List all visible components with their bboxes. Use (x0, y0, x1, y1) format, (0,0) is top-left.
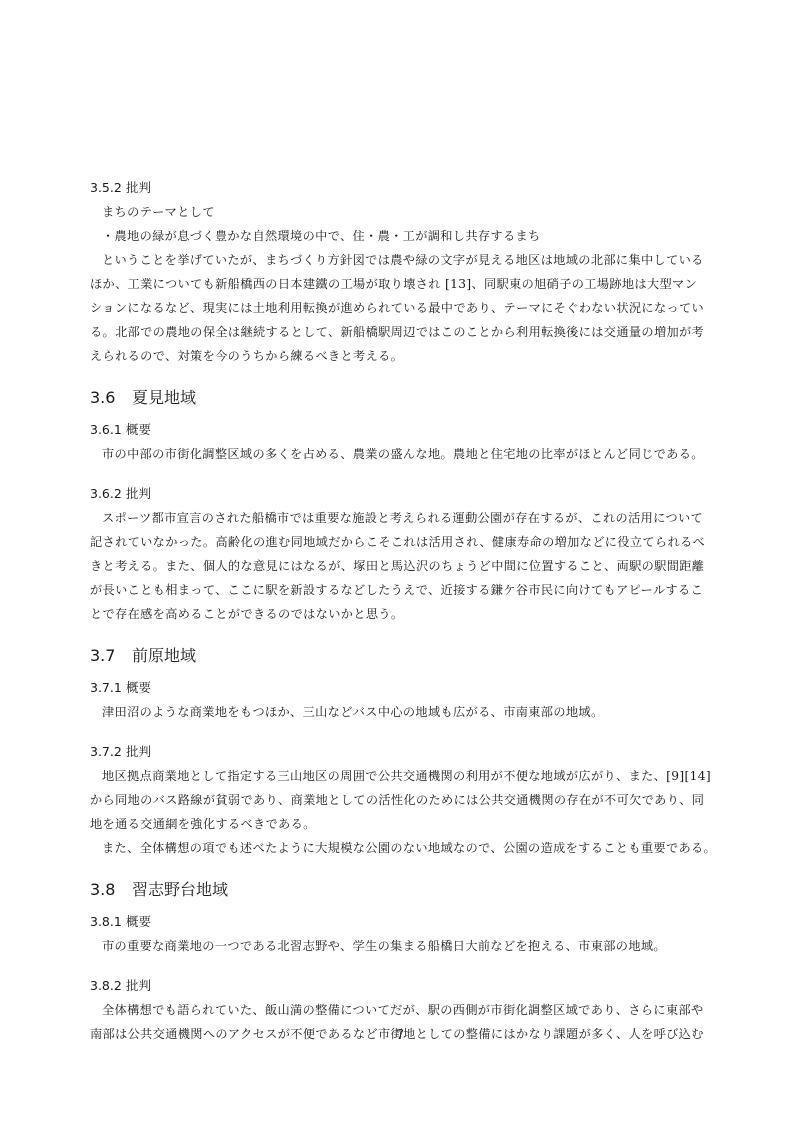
text-line: また、全体構想の項でも述べたように大規模な公園のない地域なので、公園の造成をする… (90, 836, 706, 860)
text-line: きと考える。また、個人的な意見にはなるが、塚田と馬込沢のちょうど中間に位置するこ… (90, 554, 706, 578)
text-line: ということを挙げていたが、まちづくり方針図では農や緑の文字が見える地区は地域の北… (90, 248, 706, 272)
text-line: 全体構想でも語られていた、飯山満の整備についてだが、駅の西側が市街化調整区域であ… (90, 998, 706, 1022)
text-line: 地を通る交通網を強化するべきである。 (90, 812, 706, 836)
text-line: る。北部での農地の保全は継続するとして、新船橋駅周辺ではこのことから利用転換後に… (90, 320, 706, 344)
subsection-heading-3-8-1: 3.8.1概要 (90, 910, 706, 934)
text-line: 記されていなかった。高齢化の進む同地域だからこそこれは活用され、健康寿命の増加な… (90, 530, 706, 554)
section-title-text: 習志野台地域 (132, 880, 228, 899)
subsection-number: 3.6.1 (90, 418, 126, 442)
subsection-number: 3.6.2 (90, 482, 126, 506)
subsection-title-text: 批判 (126, 978, 151, 993)
subsection-title-text: 概要 (126, 914, 151, 929)
paragraph-3-7-1: 津田沼のような商業地をもつほか、三山などバス中心の地域も広がる、市南東部の地域。 (90, 700, 706, 724)
text-line: とで存在感を高めることができるのではないかと思う。 (90, 602, 706, 626)
section-heading-3-7: 3.7前原地域 (90, 644, 706, 668)
section-heading-3-6: 3.6夏見地域 (90, 386, 706, 410)
subsection-title-text: 概要 (126, 422, 151, 437)
paragraph-3-7-2: 地区拠点商業地として指定する三山地区の周囲で公共交通機関の利用が不便な地域が広が… (90, 764, 706, 860)
page-number: 7 (0, 1026, 800, 1046)
text-line: えられるので、対策を今のうちから練るべきと考える。 (90, 344, 706, 368)
subsection-title-text: 批判 (126, 180, 151, 195)
subsection-title-text: 批判 (126, 486, 151, 501)
text-line: 地区拠点商業地として指定する三山地区の周囲で公共交通機関の利用が不便な地域が広が… (90, 764, 706, 788)
paragraph-3-8-1: 市の重要な商業地の一つである北習志野や、学生の集まる船橋日大前などを抱える、市東… (90, 934, 706, 958)
subsection-number: 3.5.2 (90, 176, 126, 200)
text-line: ほか、工業についても新船橋西の日本建鐵の工場が取り壊され [13]、同駅東の旭硝… (90, 272, 706, 296)
subsection-heading-3-7-1: 3.7.1概要 (90, 676, 706, 700)
text-line: スポーツ都市宣言のされた船橋市では重要な施設と考えられる運動公園が存在するが、こ… (90, 506, 706, 530)
text-line: 市の重要な商業地の一つである北習志野や、学生の集まる船橋日大前などを抱える、市東… (90, 934, 706, 958)
section-title-text: 夏見地域 (132, 388, 196, 407)
section-title-text: 前原地域 (132, 646, 196, 665)
section-number: 3.6 (90, 386, 132, 410)
document-page: 3.5.2批判 まちのテーマとして ・農地の緑が息づく豊かな自然環境の中で、住・… (90, 176, 706, 1046)
text-line: が長いことも相まって、ここに駅を新設するなどしたうえで、近接する鎌ケ谷市民に向け… (90, 578, 706, 602)
paragraph-3-5-2: まちのテーマとして ・農地の緑が息づく豊かな自然環境の中で、住・農・工が調和し共… (90, 200, 706, 368)
subsection-number: 3.7.2 (90, 740, 126, 764)
subsection-title-text: 概要 (126, 680, 151, 695)
text-line: ションになるなど、現実には土地利用転換が進められている最中であり、テーマにそぐわ… (90, 296, 706, 320)
subsection-number: 3.8.2 (90, 974, 126, 998)
subsection-heading-3-5-2: 3.5.2批判 (90, 176, 706, 200)
paragraph-3-6-1: 市の中部の市街化調整区域の多くを占める、農業の盛んな地。農地と住宅地の比率がほと… (90, 442, 706, 466)
subsection-heading-3-8-2: 3.8.2批判 (90, 974, 706, 998)
text-line: まちのテーマとして (90, 200, 706, 224)
paragraph-3-6-2: スポーツ都市宣言のされた船橋市では重要な施設と考えられる運動公園が存在するが、こ… (90, 506, 706, 626)
text-line: から同地のバス路線が貧弱であり、商業地としての活性化のためには公共交通機関の存在… (90, 788, 706, 812)
section-number: 3.8 (90, 878, 132, 902)
subsection-title-text: 批判 (126, 744, 151, 759)
text-line: 津田沼のような商業地をもつほか、三山などバス中心の地域も広がる、市南東部の地域。 (90, 700, 706, 724)
subsection-heading-3-6-2: 3.6.2批判 (90, 482, 706, 506)
subsection-heading-3-6-1: 3.6.1概要 (90, 418, 706, 442)
subsection-number: 3.8.1 (90, 910, 126, 934)
text-line: ・農地の緑が息づく豊かな自然環境の中で、住・農・工が調和し共存するまち (90, 224, 706, 248)
subsection-number: 3.7.1 (90, 676, 126, 700)
text-line: 市の中部の市街化調整区域の多くを占める、農業の盛んな地。農地と住宅地の比率がほと… (90, 442, 706, 466)
section-number: 3.7 (90, 644, 132, 668)
section-heading-3-8: 3.8習志野台地域 (90, 878, 706, 902)
subsection-heading-3-7-2: 3.7.2批判 (90, 740, 706, 764)
